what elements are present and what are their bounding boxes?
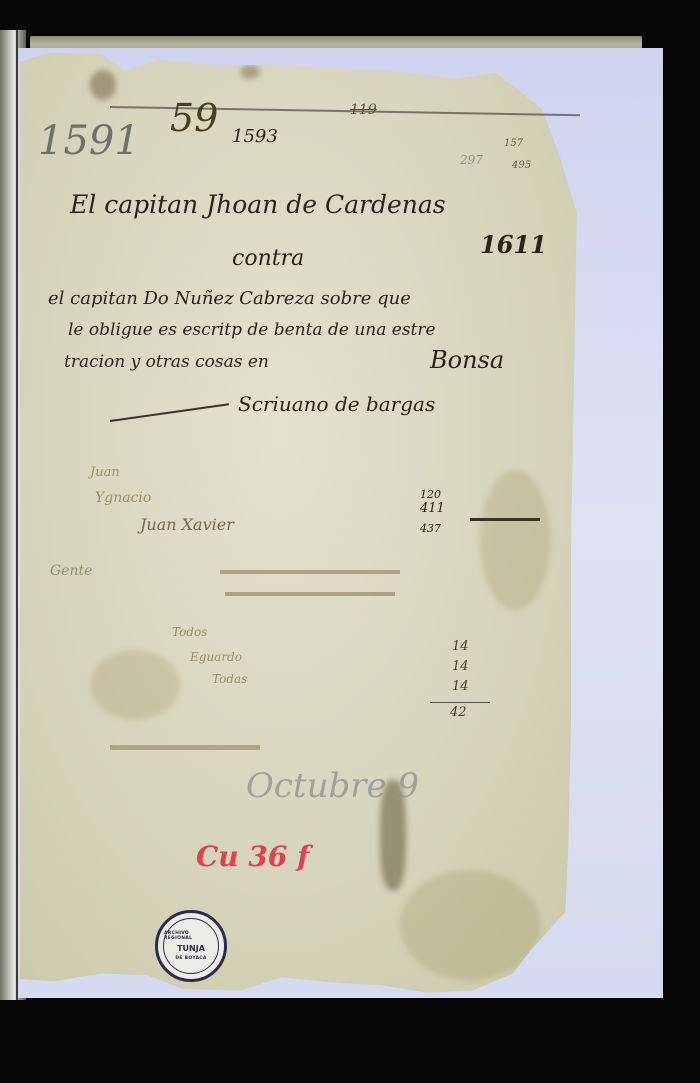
heading-line-2: contra xyxy=(232,246,304,271)
heading-line-3: el capitan Do Nuñez Cabreza sobre que xyxy=(48,288,411,309)
case-number: 1611 xyxy=(480,230,547,259)
faded-word: Todas xyxy=(212,672,247,686)
faded-word: Todos xyxy=(172,625,207,639)
top-sum-2: 297 xyxy=(460,153,483,167)
heading-line-1: El capitan Jhoan de Cardenas xyxy=(70,190,446,219)
margin-tally-total: 42 xyxy=(450,706,467,719)
stain xyxy=(240,65,260,79)
stain xyxy=(90,70,116,100)
faded-word: Ygnacio xyxy=(95,490,151,506)
side-tally-3: 437 xyxy=(420,522,441,535)
faded-word: Eguardo xyxy=(190,650,242,664)
faded-word: Gente xyxy=(50,563,92,579)
margin-tally-1: 14 xyxy=(452,640,469,653)
top-sum-3: 157 xyxy=(504,138,523,149)
struck-line xyxy=(225,592,395,596)
stamp-ring-bottom: DE BOYACA xyxy=(175,956,206,961)
struck-line xyxy=(220,570,400,574)
top-sum-4: 495 xyxy=(512,160,531,171)
tally-rule xyxy=(470,518,540,521)
heading-line-4: le obligue es escritp de benta de una es… xyxy=(68,320,436,340)
folio-number: 1591 xyxy=(38,118,140,164)
place-name: Bonsa xyxy=(430,346,504,374)
stain xyxy=(400,870,540,980)
faded-word: Juan xyxy=(90,465,120,480)
side-tally-2: 411 xyxy=(420,502,445,515)
red-pencil-note: Cu 36 f xyxy=(196,840,309,873)
sum-rule xyxy=(430,702,490,703)
margin-tally-2: 14 xyxy=(452,660,469,673)
stamp-city: TUNJA xyxy=(177,944,205,953)
margin-tally-3: 14 xyxy=(452,680,469,693)
pencil-date-note: Octubre 9 xyxy=(246,766,419,806)
scribe-signature: Scriuano de bargas xyxy=(238,392,435,416)
struck-line xyxy=(110,745,260,750)
side-tally-1: 120 xyxy=(420,488,441,501)
folio-mark: 59 xyxy=(170,96,218,140)
top-sum-1: 119 xyxy=(350,102,377,118)
faded-word: Juan Xavier xyxy=(140,515,234,534)
stain xyxy=(90,650,180,720)
heading-line-5: tracion y otras cosas en xyxy=(64,352,269,372)
year-mark: 1593 xyxy=(232,126,278,147)
stain xyxy=(480,470,550,610)
stamp-ring-top: ARCHIVO REGIONAL xyxy=(164,931,218,941)
archive-stamp: ARCHIVO REGIONAL TUNJA DE BOYACA xyxy=(155,910,227,982)
